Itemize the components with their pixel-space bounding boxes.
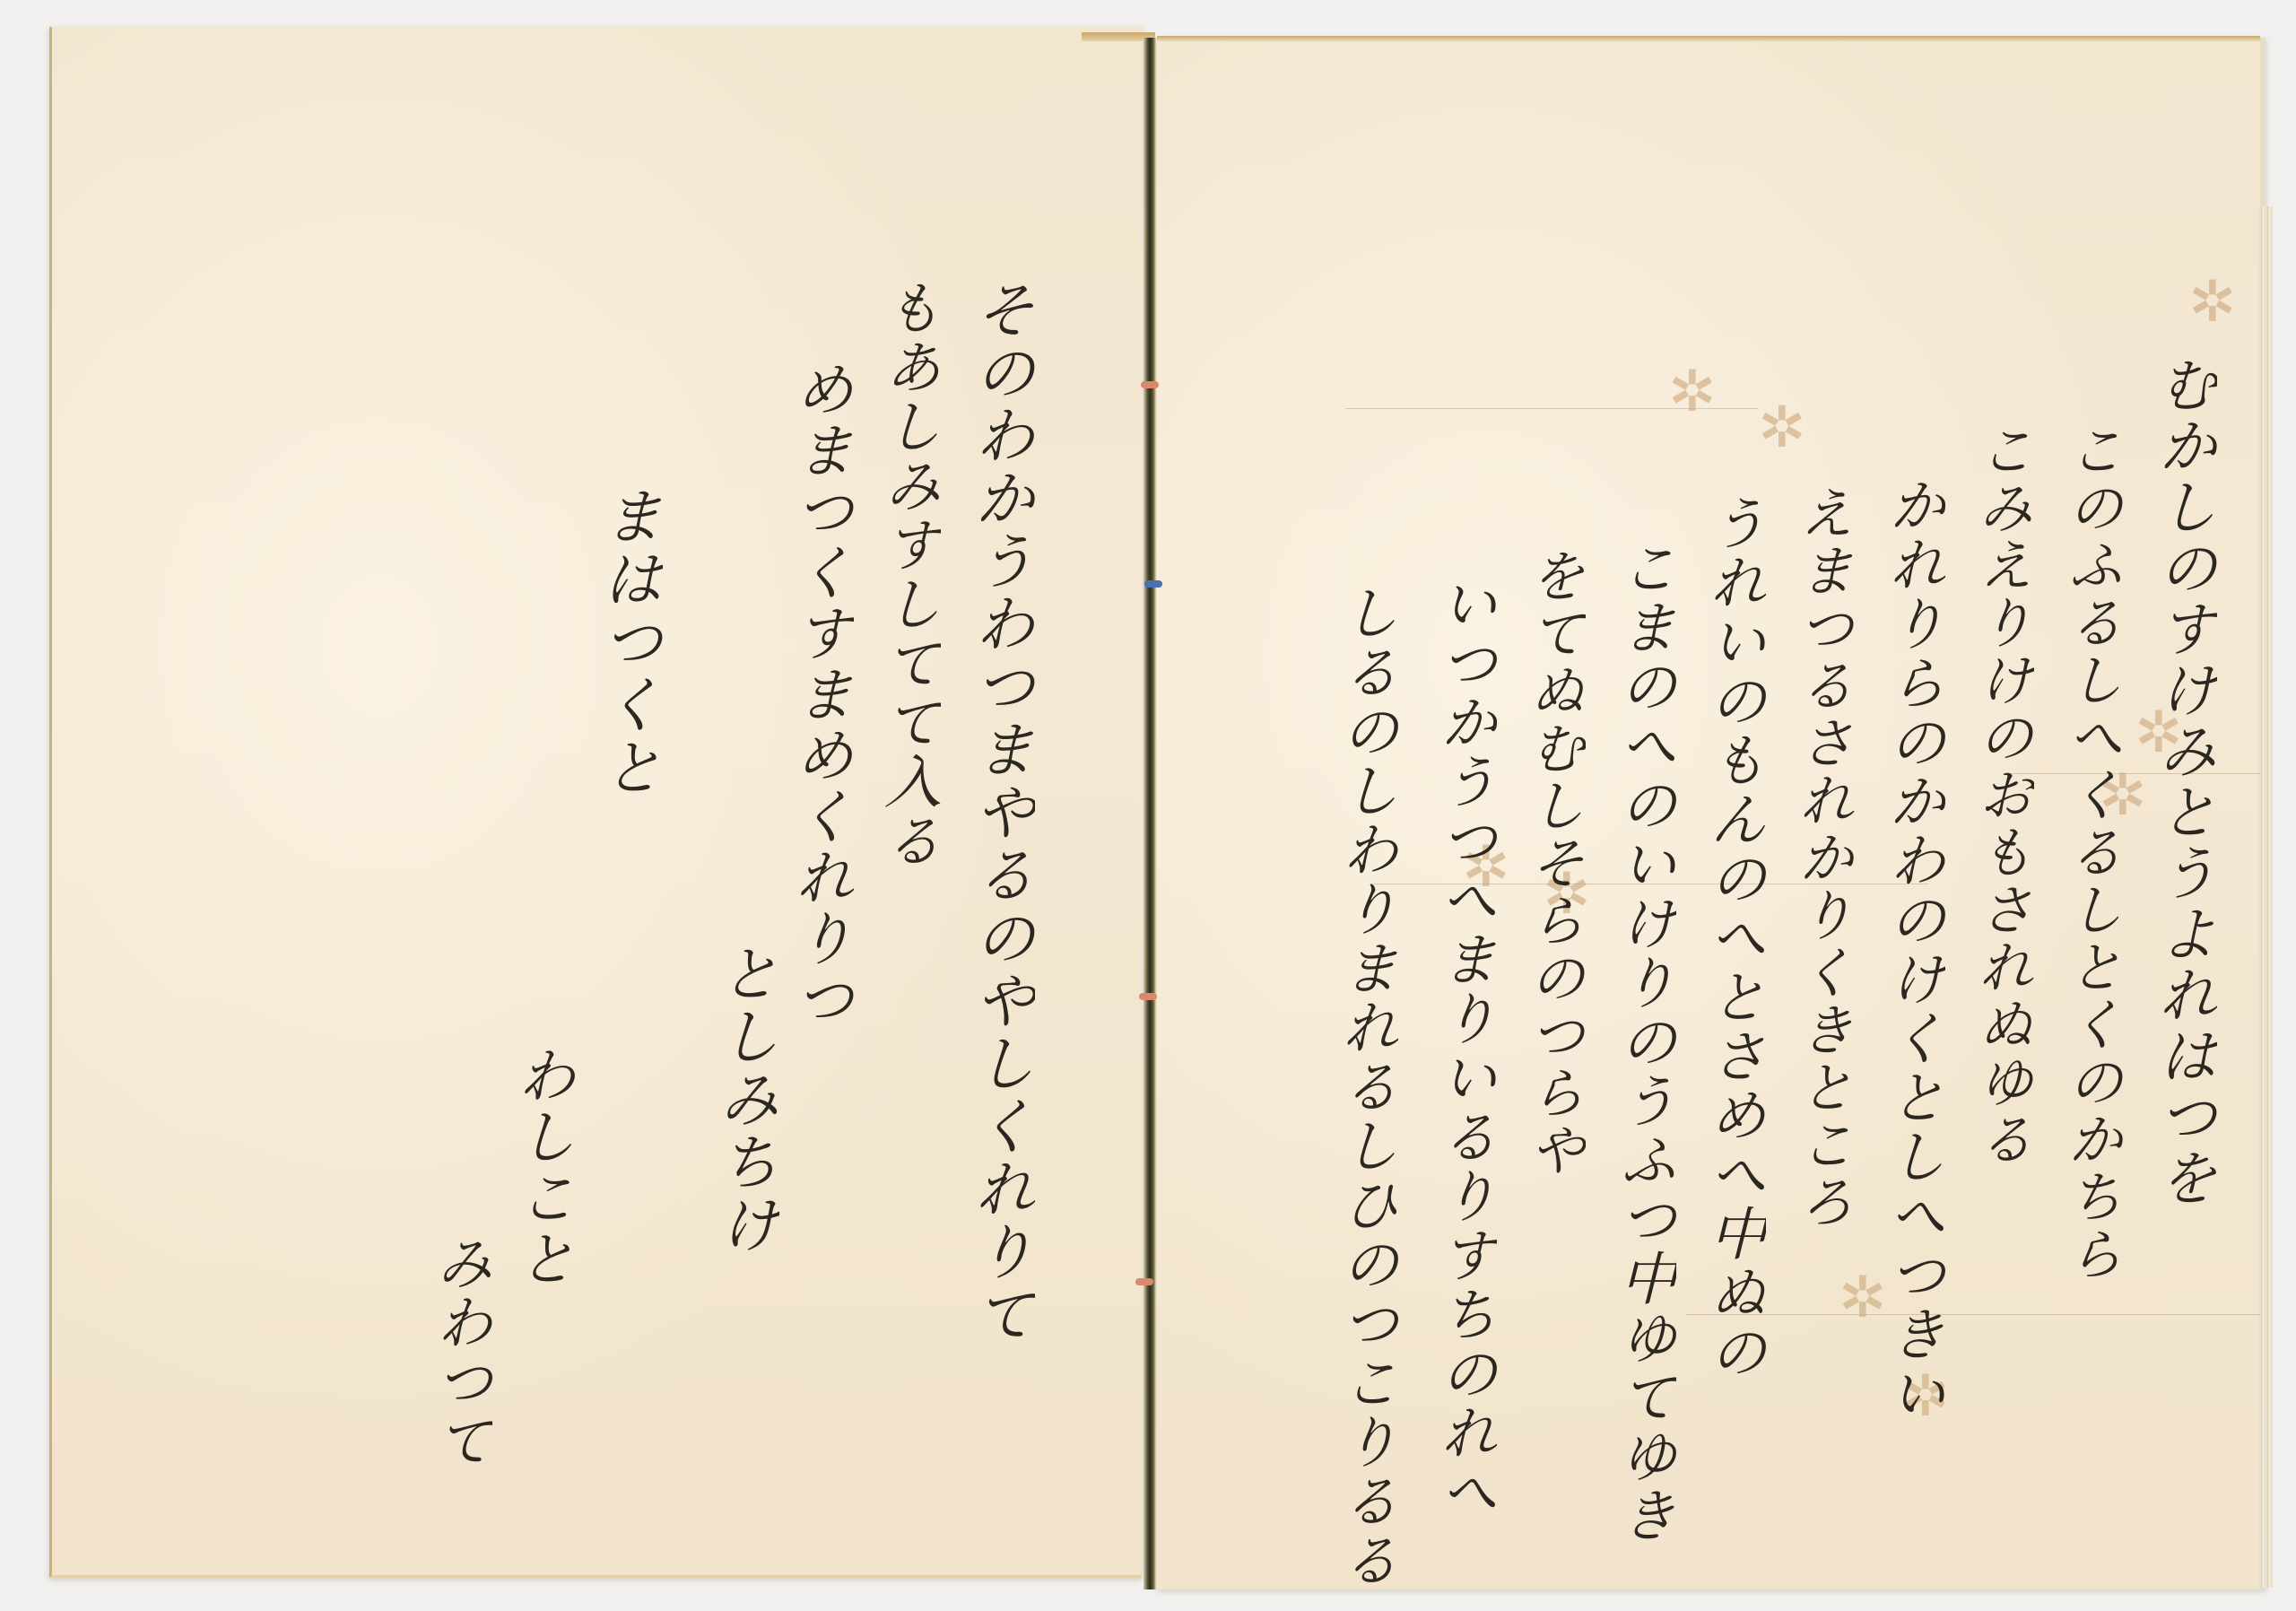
page-top-edge: [1157, 36, 2260, 41]
calligraphy-column: としみちけ: [713, 942, 774, 1256]
faint-ruled-line: [1345, 408, 1758, 409]
calligraphy-column: をてぬむしそらのつらや: [1525, 547, 1580, 1179]
faint-ruled-line: [1686, 1314, 2260, 1315]
binding-gutter: [1144, 38, 1156, 1589]
stitch-thread: [1144, 580, 1162, 588]
calligraphy-column: いつかうつへまりいるりすちのれへ: [1435, 574, 1492, 1521]
calligraphy-column: かれりらのかわのけくとしへつきい: [1883, 475, 1941, 1423]
flower-motif: ✲: [2188, 269, 2237, 335]
calligraphy-column: そのわかうわつまやるのやしくれりて: [969, 278, 1030, 1345]
calligraphy-column: こみえりけのおもされぬゆる: [1973, 422, 2029, 1168]
calligraphy-column: えまつるされかりくきところ: [1794, 484, 1849, 1231]
stitch-thread: [1135, 1278, 1153, 1285]
calligraphy-column: うれいのもんのへとさめへ中ぬの: [1704, 493, 1761, 1381]
calligraphy-column: わしこと: [511, 1045, 570, 1289]
calligraphy-column: みわつて: [430, 1233, 488, 1470]
fore-edge-pages: [2258, 206, 2273, 1588]
flower-motif: ✲: [1758, 395, 1806, 461]
calligraphy-column: このふるしへくるしとくのかちら: [2063, 422, 2118, 1283]
stitch-thread: [1141, 381, 1159, 388]
flower-motif: ✲: [1668, 359, 1717, 425]
faint-ruled-line: [2009, 773, 2260, 774]
calligraphy-column: しるのしわりまれるしひのつこりるる: [1336, 583, 1394, 1589]
calligraphy-column: めまつくすまめくれりつ: [789, 359, 848, 1030]
open-book: ✲ ✲ ✲ ✲ ✲ ✲ ✲ ✲ ✲ むかしのすけみとうよれはつを このふるしへく…: [0, 0, 2296, 1611]
stitch-thread: [1139, 993, 1157, 1000]
calligraphy-column: むかしのすけみとうよれはつを: [2152, 354, 2212, 1208]
calligraphy-column: こまのへのいけりのうふつ中ゆてゆき: [1614, 538, 1672, 1545]
calligraphy-column: まはつくと: [596, 484, 657, 798]
calligraphy-column: もあしみすしてて入る: [879, 278, 936, 870]
